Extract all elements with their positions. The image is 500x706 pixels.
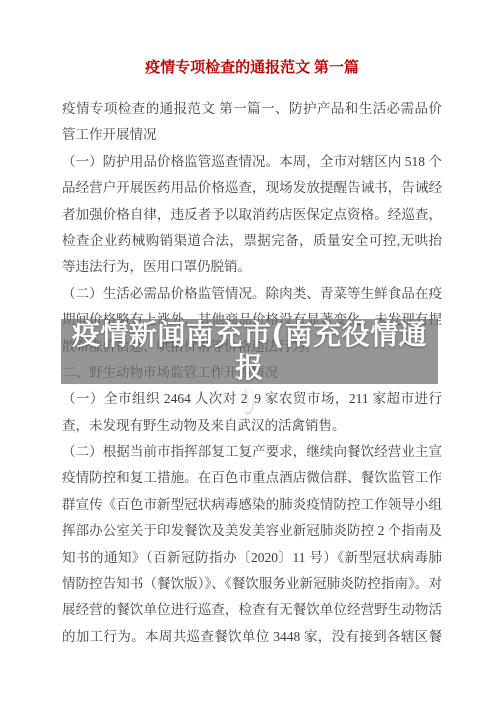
text-line: 等违法行为，医用口罩仍脱销。 bbox=[62, 254, 442, 280]
watermark-text-line1: 疫情新闻南充市(南充役情通报 bbox=[61, 319, 438, 384]
text-line: 的加工行为。本周共巡查餐饮单位 3448 家，没有接到各辖区餐饮单 bbox=[62, 624, 442, 650]
text-line: 检查企业药械购销渠道合法，票据完备，质量安全可控,无哄抬物价 bbox=[62, 228, 442, 254]
text-line: 疫情专项检查的通报范文 第一篇一、防护产品和生活必需品价格监 bbox=[62, 96, 442, 122]
text-line: 情防控告知书（餐饮版）》、《餐饮服务业新冠肺炎防控指南》。对开 bbox=[62, 571, 442, 597]
text-line: 挥部办公室关于印发餐饮及美发美容业新冠肺炎防控 2 个指南及告 bbox=[62, 518, 442, 544]
text-line: 查，未发现有野生动物及来自武汉的活禽销售。 bbox=[62, 413, 442, 439]
text-line: 群宣传《百色市新型冠状病毒感染的肺炎疫情防控工作领导小组指 bbox=[62, 492, 442, 518]
text-line: 疫情防控和复工措施。在百色市重点酒店微信群、餐饮监管工作 QQ bbox=[62, 465, 442, 491]
text-line: 品经营户开展医药用品价格巡查，现场发放提醒告诫书，告诫经营 bbox=[62, 175, 442, 201]
article-title: 疫情专项检查的通报范文 第一篇 bbox=[62, 57, 442, 79]
text-line: （二）根据当前市指挥部复工复产要求，继续向餐饮经营业主宣传 bbox=[62, 439, 442, 465]
text-line: 展经营的餐饮单位进行巡查，检查有无餐饮单位经营野生动物活体 bbox=[62, 597, 442, 623]
text-line: 管工作开展情况 bbox=[62, 122, 442, 148]
text-line: （一）防护用品价格监管巡查情况。本周，全市对辖区内 518 个药 bbox=[62, 149, 442, 175]
text-line: 者加强价格自律，违反者予以取消药店医保定点资格。经巡查，所 bbox=[62, 202, 442, 228]
watermark-text-line2: ) bbox=[61, 384, 438, 417]
text-line: （二）生活必需品价格监管情况。除肉类、青菜等生鲜食品在疫情 bbox=[62, 281, 442, 307]
watermark-overlay: 疫情新闻南充市(南充役情通报 ) bbox=[61, 319, 438, 384]
text-line: 知书的通知》（百新冠防指办〔2020〕11 号）《新型冠状病毒肺炎疫 bbox=[62, 545, 442, 571]
document-page: 疫情专项检查的通报范文 第一篇 疫情专项检查的通报范文 第一篇一、防护产品和生活… bbox=[0, 0, 500, 706]
